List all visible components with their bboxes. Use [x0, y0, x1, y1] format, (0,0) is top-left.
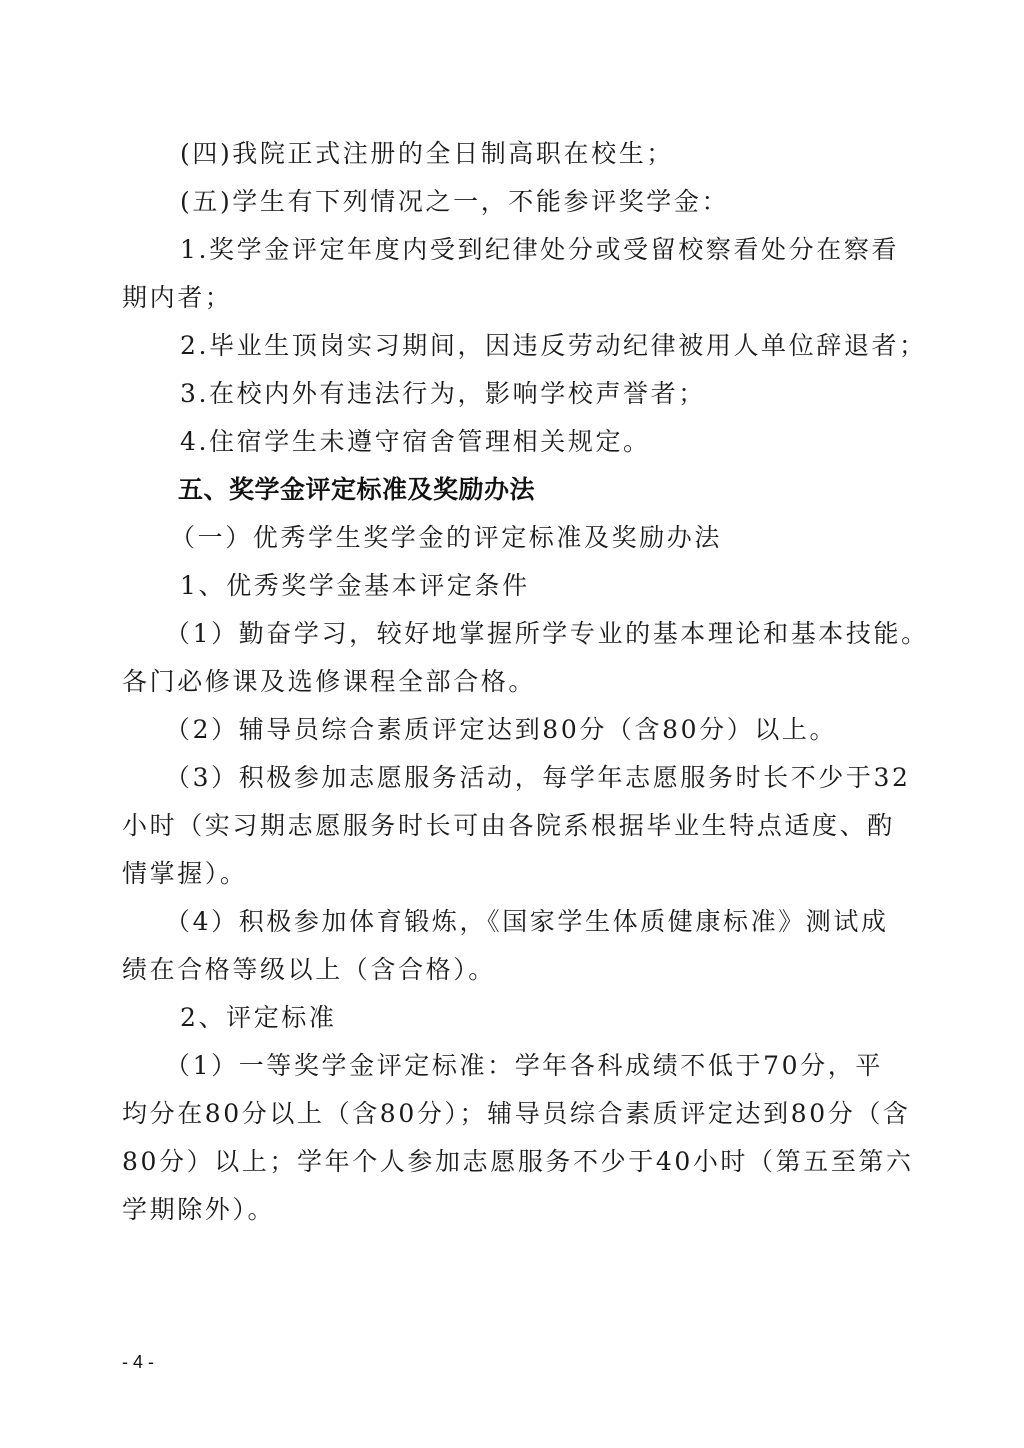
paragraph-line: 2.毕业生顶岗实习期间，因违反劳动纪律被用人单位辞退者； — [180, 330, 927, 362]
paragraph-line: 1.奖学金评定年度内受到纪律处分或受留校察看处分在察看 — [180, 234, 899, 266]
paragraph-line: 期内者； — [122, 282, 232, 314]
condition-line: 小时（实习期志愿服务时长可由各院系根据毕业生特点适度、酌 — [122, 810, 895, 842]
paragraph-line: (五)学生有下列情况之一，不能参评奖学金： — [180, 186, 729, 218]
paragraph-line: 4.住宿学生未遵守宿舍管理相关规定。 — [180, 426, 651, 458]
condition-line: （3）积极参加志愿服务活动，每学年志愿服务时长不少于32 — [165, 762, 911, 794]
paragraph-line: (四)我院正式注册的全日制高职在校生； — [180, 138, 674, 170]
section-heading: 五、奖学金评定标准及奖励办法 — [178, 474, 535, 506]
standard-line: （1）一等奖学金评定标准：学年各科成绩不低于70分，平 — [165, 1050, 883, 1082]
condition-line: （2）辅导员综合素质评定达到80分（含80分）以上。 — [165, 714, 837, 746]
page-number: - 4 - — [122, 1352, 154, 1373]
paragraph-line: 3.在校内外有违法行为，影响学校声誉者； — [180, 378, 706, 410]
standard-line: 学期除外）。 — [122, 1194, 275, 1226]
item-title: 2、评定标准 — [180, 1002, 337, 1034]
condition-line: （1）勤奋学习，较好地掌握所学专业的基本理论和基本技能。 — [165, 618, 929, 650]
item-title: 1、优秀奖学金基本评定条件 — [180, 570, 530, 602]
condition-line: （4）积极参加体育锻炼，《国家学生体质健康标准》测试成 — [165, 906, 889, 938]
standard-line: 均分在80分以上（含80分）；辅导员综合素质评定达到80分（含 — [122, 1098, 911, 1130]
condition-line: 绩在合格等级以上（含合格）。 — [122, 954, 496, 986]
subsection-heading: （一）优秀学生奖学金的评定标准及奖励办法 — [170, 522, 722, 554]
standard-line: 80分）以上；学年个人参加志愿服务不少于40小时（第五至第六 — [122, 1146, 914, 1178]
condition-line: 情掌握）。 — [122, 858, 248, 890]
condition-line: 各门必修课及选修课程全部合格。 — [122, 666, 536, 698]
document-page: (四)我院正式注册的全日制高职在校生；(五)学生有下列情况之一，不能参评奖学金：… — [0, 0, 1024, 1448]
